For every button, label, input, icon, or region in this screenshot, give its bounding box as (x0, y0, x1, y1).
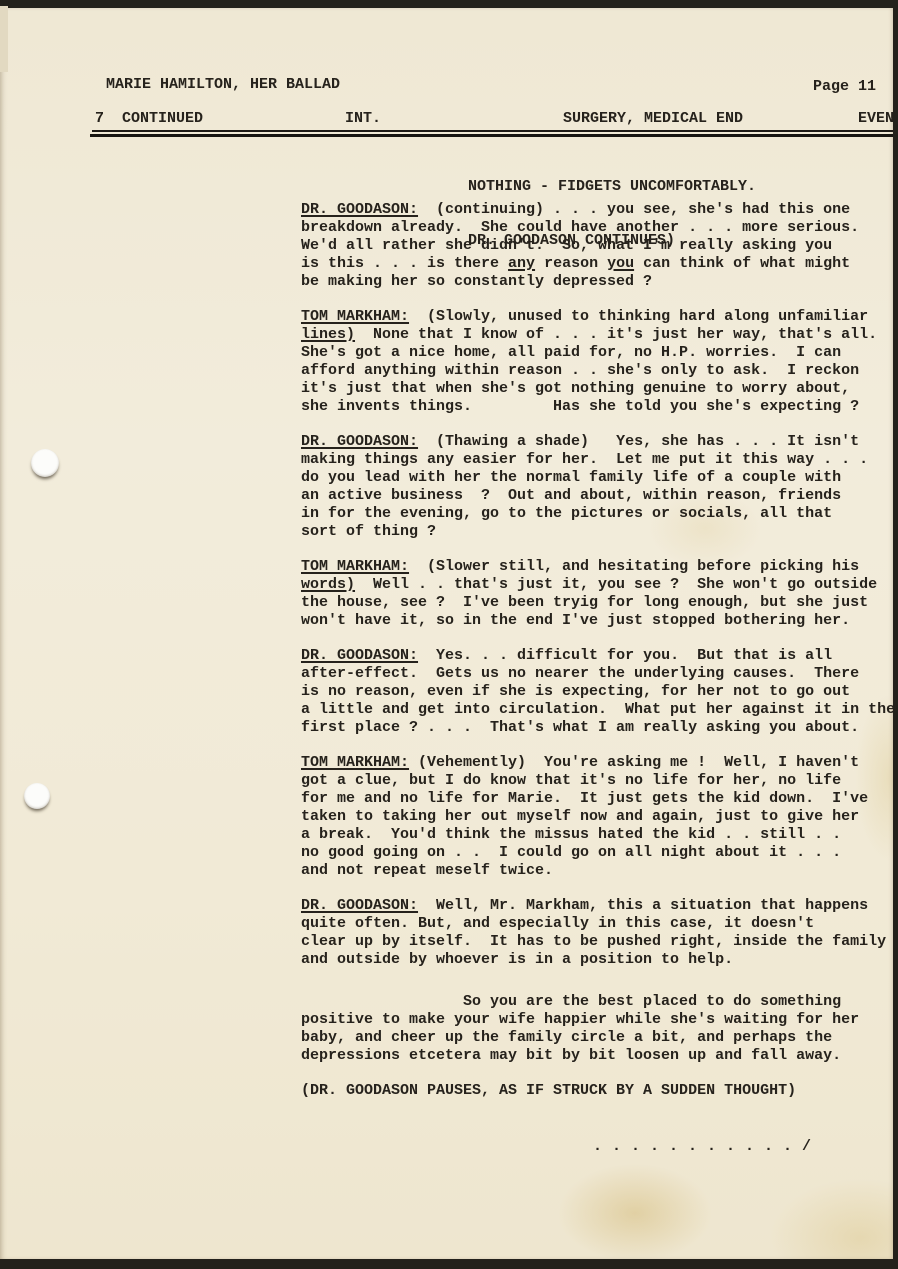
script-line: afford anything within reason . . she's … (301, 362, 893, 380)
underlined-text: TOM MARKHAM: (301, 308, 409, 325)
text-segment: is this . . . is there (301, 255, 508, 272)
text-segment: afford anything within reason . . she's … (301, 362, 859, 379)
script-paragraph: So you are the best placed to do somethi… (301, 993, 893, 1065)
text-segment: positive to make your wife happier while… (301, 1011, 859, 1028)
text-segment: quite often. But, and especially in this… (301, 915, 814, 932)
script-line: So you are the best placed to do somethi… (301, 993, 893, 1011)
underlined-text: you (607, 255, 634, 272)
script-line: no good going on . . I could go on all n… (301, 844, 893, 862)
text-segment: first place ? . . . That's what I am rea… (301, 719, 859, 736)
text-segment: in for the evening, go to the pictures o… (301, 505, 832, 522)
script-line: We'd all rather she didn't. So, what I'm… (301, 237, 893, 255)
text-segment: taken to taking her out myself now and a… (301, 808, 859, 825)
underlined-text: TOM MARKHAM: (301, 558, 409, 575)
punch-hole-top (31, 449, 59, 477)
text-segment: (Slower still, and hesitating before pic… (409, 558, 859, 575)
script-line: clear up by itself. It has to be pushed … (301, 933, 893, 951)
text-segment: can think of what might (634, 255, 850, 272)
document-title: MARIE HAMILTON, HER BALLAD (106, 76, 340, 93)
text-segment: it's just that when she's got nothing ge… (301, 380, 850, 397)
text-segment: (Slowly, unused to thinking hard along u… (409, 308, 868, 325)
scene-number-continued: 7 CONTINUED (95, 110, 203, 127)
text-segment: (Vehemently) You're asking me ! Well, I … (409, 754, 859, 771)
scene-interior-label: INT. (345, 110, 381, 127)
script-line: it's just that when she's got nothing ge… (301, 380, 893, 398)
text-segment: an active business ? Out and about, with… (301, 487, 841, 504)
underlined-text: lines) (301, 326, 355, 343)
script-paragraph: DR. GOODASON: Well, Mr. Markham, this a … (301, 897, 893, 969)
text-segment: None that I know of . . . it's just her … (355, 326, 877, 343)
script-line: for me and no life for Marie. It just ge… (301, 790, 893, 808)
script-line: taken to taking her out myself now and a… (301, 808, 893, 826)
script-line: a break. You'd think the missus hated th… (301, 826, 893, 844)
script-line: got a clue, but I do know that it's no l… (301, 772, 893, 790)
script-line: positive to make your wife happier while… (301, 1011, 893, 1029)
script-line: be making her so constantly depressed ? (301, 273, 893, 291)
script-line: baby, and cheer up the family circle a b… (301, 1029, 893, 1047)
script-line: she invents things. Has she told you she… (301, 398, 893, 416)
underlined-text: words) (301, 576, 355, 593)
script-line: an active business ? Out and about, with… (301, 487, 893, 505)
scene-heading: 7 CONTINUED INT. SURGERY, MEDICAL END EV… (92, 108, 893, 132)
script-line: depressions etcetera may bit by bit loos… (301, 1047, 893, 1065)
text-segment: (continuing) . . . you see, she's had th… (418, 201, 850, 218)
text-segment: got a clue, but I do know that it's no l… (301, 772, 841, 789)
script-line: DR. GOODASON: (Thawing a shade) Yes, she… (301, 433, 893, 451)
text-segment: and outside by whoever is in a position … (301, 951, 733, 968)
punch-hole-bottom (24, 783, 50, 809)
script-paragraph: DR. GOODASON: (continuing) . . . you see… (301, 201, 893, 291)
text-segment: is no reason, even if she is expecting, … (301, 683, 850, 700)
script-line: (DR. GOODASON PAUSES, AS IF STRUCK BY A … (301, 1082, 893, 1100)
script-line: first place ? . . . That's what I am rea… (301, 719, 893, 737)
text-segment: she invents things. Has she told you she… (301, 398, 859, 415)
text-segment: won't have it, so in the end I've just s… (301, 612, 850, 629)
underlined-text: DR. GOODASON: (301, 897, 418, 914)
script-line: She's got a nice home, all paid for, no … (301, 344, 893, 362)
script-line: is this . . . is there any reason you ca… (301, 255, 893, 273)
script-line: after-effect. Gets us no nearer the unde… (301, 665, 893, 683)
text-segment: a break. You'd think the missus hated th… (301, 826, 841, 843)
text-segment: Yes. . . difficult for you. But that is … (418, 647, 832, 664)
page-number: Page 11 (813, 78, 876, 95)
underlined-text: any (508, 255, 535, 272)
text-segment: making things any easier for her. Let me… (301, 451, 868, 468)
stage-direction-line: NOTHING - FIDGETS UNCOMFORTABLY. (468, 178, 756, 196)
script-line: sort of thing ? (301, 523, 893, 541)
underlined-text: DR. GOODASON: (301, 647, 418, 664)
script-line: breakdown already. She could have anothe… (301, 219, 893, 237)
script-paragraph: TOM MARKHAM: (Slower still, and hesitati… (301, 558, 893, 630)
text-segment: reason (535, 255, 607, 272)
text-segment: do you lead with her the normal family l… (301, 469, 841, 486)
script-line: DR. GOODASON: Well, Mr. Markham, this a … (301, 897, 893, 915)
text-segment: clear up by itself. It has to be pushed … (301, 933, 886, 950)
text-segment: So you are the best placed to do somethi… (301, 993, 841, 1010)
text-segment: sort of thing ? (301, 523, 436, 540)
underlined-text: TOM MARKHAM: (301, 754, 409, 771)
scene-location: SURGERY, MEDICAL END (563, 110, 743, 127)
script-line: TOM MARKHAM: (Vehemently) You're asking … (301, 754, 893, 772)
underlined-text: DR. GOODASON: (301, 433, 418, 450)
scan-corner-chip (0, 6, 8, 72)
script-line: lines) None that I know of . . . it's ju… (301, 326, 893, 344)
text-segment: Well . . that's just it, you see ? She w… (355, 576, 877, 593)
text-segment: for me and no life for Marie. It just ge… (301, 790, 868, 807)
text-segment: (DR. GOODASON PAUSES, AS IF STRUCK BY A … (301, 1082, 796, 1099)
text-segment: a little and get into circulation. What … (301, 701, 893, 718)
script-line: and outside by whoever is in a position … (301, 951, 893, 969)
text-segment: no good going on . . I could go on all n… (301, 844, 841, 861)
script-paragraph: DR. GOODASON: (Thawing a shade) Yes, she… (301, 433, 893, 541)
script-line: a little and get into circulation. What … (301, 701, 893, 719)
text-segment: Well, Mr. Markham, this a situation that… (418, 897, 868, 914)
script-paragraph: TOM MARKHAM: (Vehemently) You're asking … (301, 754, 893, 880)
script-paragraph: DR. GOODASON: Yes. . . difficult for you… (301, 647, 893, 737)
script-paragraph: (DR. GOODASON PAUSES, AS IF STRUCK BY A … (301, 1082, 893, 1100)
underlined-text: DR. GOODASON: (301, 201, 418, 218)
script-line: DR. GOODASON: (continuing) . . . you see… (301, 201, 893, 219)
text-segment: (Thawing a shade) Yes, she has . . . It … (418, 433, 859, 450)
script-paragraph: TOM MARKHAM: (Slowly, unused to thinking… (301, 308, 893, 416)
script-line: the house, see ? I've been tryig for lon… (301, 594, 893, 612)
text-segment: be making her so constantly depressed ? (301, 273, 652, 290)
text-segment: the house, see ? I've been tryig for lon… (301, 594, 868, 611)
text-segment: We'd all rather she didn't. So, what I'm… (301, 237, 832, 254)
script-line: is no reason, even if she is expecting, … (301, 683, 893, 701)
script-line: making things any easier for her. Let me… (301, 451, 893, 469)
scene-time: EVENI (858, 110, 893, 127)
paper-sheet: MARIE HAMILTON, HER BALLAD Page 11 7 CON… (0, 8, 893, 1259)
text-segment: She's got a nice home, all paid for, no … (301, 344, 841, 361)
script-line: words) Well . . that's just it, you see … (301, 576, 893, 594)
text-segment: depressions etcetera may bit by bit loos… (301, 1047, 841, 1064)
script-body: DR. GOODASON: (continuing) . . . you see… (301, 201, 893, 1117)
text-segment: breakdown already. She could have anothe… (301, 219, 859, 236)
script-line: quite often. But, and especially in this… (301, 915, 893, 933)
script-line: DR. GOODASON: Yes. . . difficult for you… (301, 647, 893, 665)
text-segment: and not repeat meself twice. (301, 862, 553, 879)
scanned-script-page: { "colors": { "paper": "#f1ead6", "ink":… (0, 0, 898, 1269)
script-line: and not repeat meself twice. (301, 862, 893, 880)
script-line: won't have it, so in the end I've just s… (301, 612, 893, 630)
script-line: TOM MARKHAM: (Slowly, unused to thinking… (301, 308, 893, 326)
text-segment: after-effect. Gets us no nearer the unde… (301, 665, 859, 682)
script-line: TOM MARKHAM: (Slower still, and hesitati… (301, 558, 893, 576)
text-segment: baby, and cheer up the family circle a b… (301, 1029, 832, 1046)
continuation-mark: . . . . . . . . . . . / (593, 1138, 812, 1155)
script-line: do you lead with her the normal family l… (301, 469, 893, 487)
script-line: in for the evening, go to the pictures o… (301, 505, 893, 523)
